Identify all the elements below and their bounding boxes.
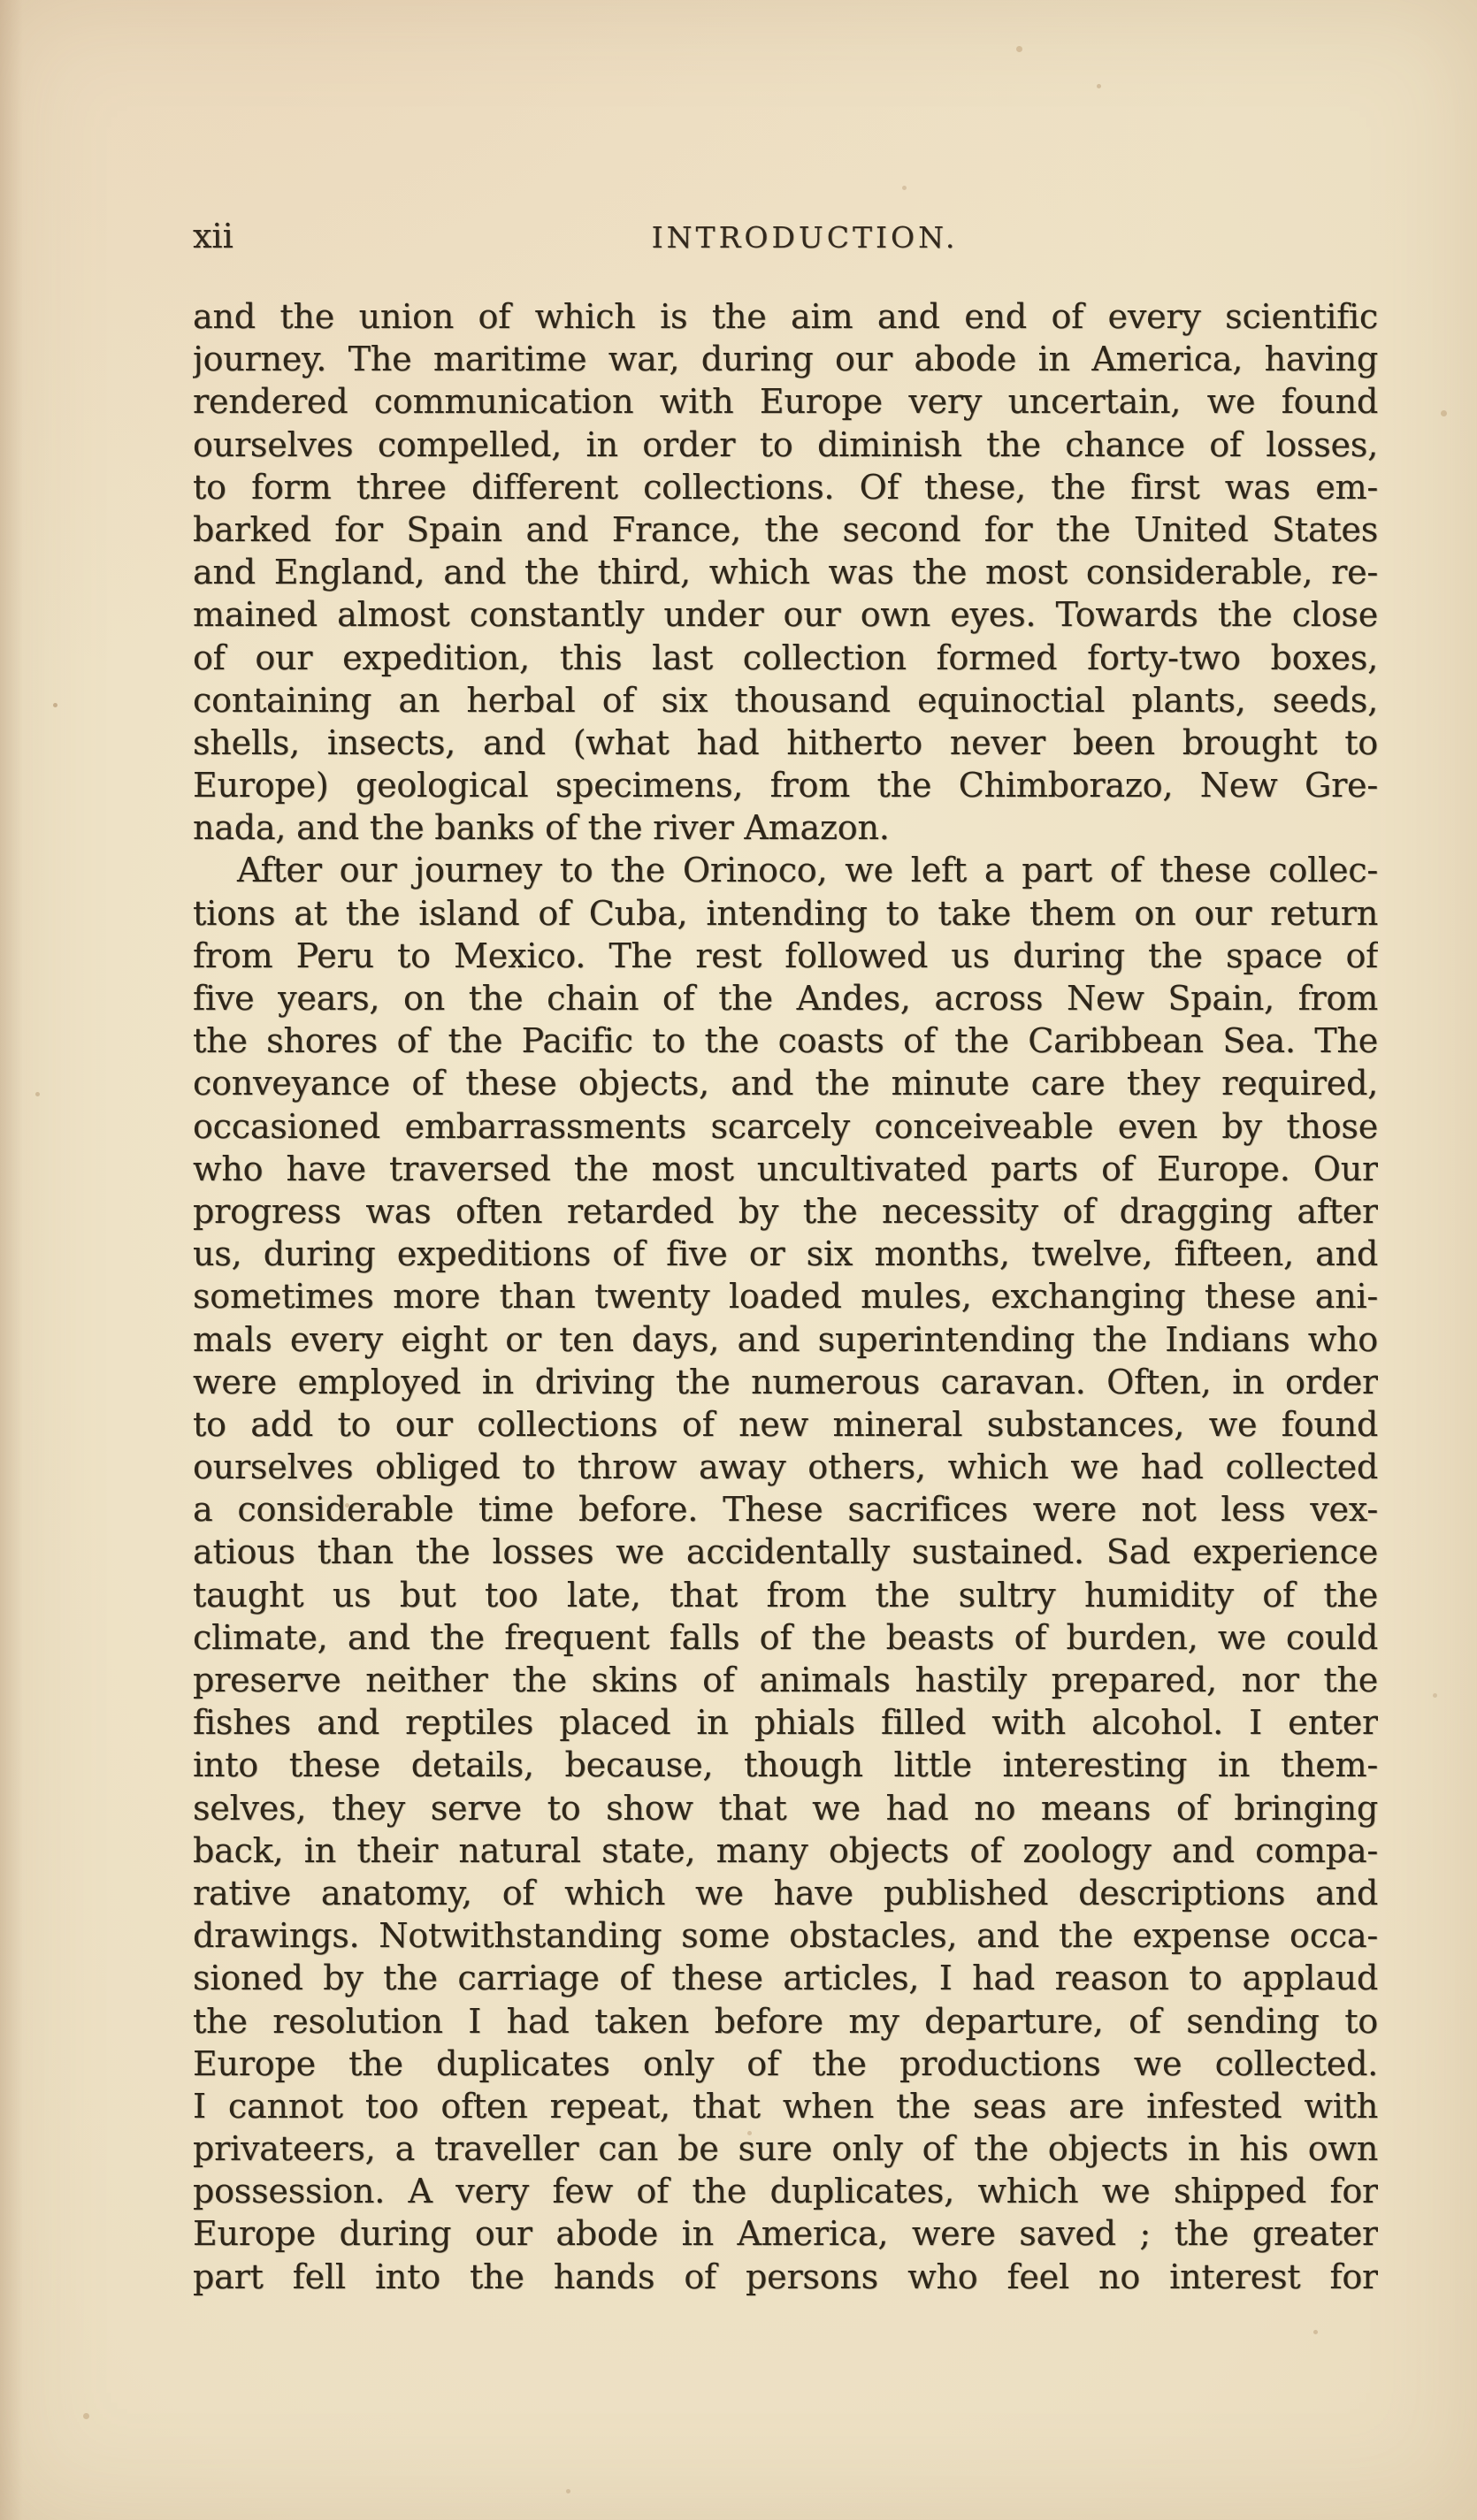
text-line: atious than the losses we accidentally s… bbox=[193, 1531, 1378, 1573]
text-line: ourselves obliged to throw away others, … bbox=[193, 1446, 1378, 1488]
page-header: xii INTRODUCTION. bbox=[193, 215, 1378, 264]
text-line: mained almost constantly under our own e… bbox=[193, 593, 1378, 636]
text-line: and the union of which is the aim and en… bbox=[193, 295, 1378, 338]
text-line: the shores of the Pacific to the coasts … bbox=[193, 1019, 1378, 1062]
text-line: back, in their natural state, many objec… bbox=[193, 1829, 1378, 1872]
text-line: shells, insects, and (what had hitherto … bbox=[193, 722, 1378, 764]
text-line: from Peru to Mexico. The rest followed u… bbox=[193, 935, 1378, 977]
text-line: privateers, a traveller can be sure only… bbox=[193, 2127, 1378, 2170]
book-page: xii INTRODUCTION. and the union of which… bbox=[0, 0, 1477, 2520]
text-line: tions at the island of Cuba, intending t… bbox=[193, 892, 1378, 935]
text-line: and England, and the third, which was th… bbox=[193, 551, 1378, 593]
text-line: sioned by the carriage of these articles… bbox=[193, 1957, 1378, 1999]
body-text: and the union of which is the aim and en… bbox=[193, 295, 1378, 2298]
text-line: us, during expeditions of five or six mo… bbox=[193, 1233, 1378, 1275]
text-line: who have traversed the most uncultivated… bbox=[193, 1148, 1378, 1190]
text-line: five years, on the chain of the Andes, a… bbox=[193, 977, 1378, 1019]
running-title: INTRODUCTION. bbox=[652, 220, 959, 256]
text-line: drawings. Notwithstanding some obstacles… bbox=[193, 1914, 1378, 1957]
text-line: After our journey to the Orinoco, we lef… bbox=[193, 849, 1378, 891]
text-line: rative anatomy, of which we have publish… bbox=[193, 1872, 1378, 1914]
text-line: a considerable time before. These sacrif… bbox=[193, 1488, 1378, 1531]
text-line: possession. A very few of the duplicates… bbox=[193, 2170, 1378, 2212]
text-line: containing an herbal of six thousand equ… bbox=[193, 679, 1378, 722]
text-line: rendered communication with Europe very … bbox=[193, 380, 1378, 423]
text-line: barked for Spain and France, the second … bbox=[193, 508, 1378, 551]
paper-specks bbox=[53, 703, 57, 707]
text-line: ourselves compelled, in order to diminis… bbox=[193, 424, 1378, 466]
text-line: preserve neither the skins of animals ha… bbox=[193, 1659, 1378, 1701]
text-line: taught us but too late, that from the su… bbox=[193, 1574, 1378, 1616]
text-line: Europe) geological specimens, from the C… bbox=[193, 764, 1378, 806]
text-line: conveyance of these objects, and the min… bbox=[193, 1062, 1378, 1104]
text-line: were employed in driving the numerous ca… bbox=[193, 1361, 1378, 1403]
text-line: selves, they serve to show that we had n… bbox=[193, 1787, 1378, 1829]
text-line: occasioned embarrassments scarcely conce… bbox=[193, 1105, 1378, 1148]
text-line: to form three different collections. Of … bbox=[193, 466, 1378, 508]
text-line: the resolution I had taken before my dep… bbox=[193, 2000, 1378, 2043]
text-line: part fell into the hands of persons who … bbox=[193, 2256, 1378, 2298]
text-line: climate, and the frequent falls of the b… bbox=[193, 1616, 1378, 1659]
text-line: progress was often retarded by the neces… bbox=[193, 1190, 1378, 1233]
text-line: sometimes more than twenty loaded mules,… bbox=[193, 1275, 1378, 1317]
text-line: fishes and reptiles placed in phials fil… bbox=[193, 1701, 1378, 1744]
text-line: to add to our collections of new mineral… bbox=[193, 1403, 1378, 1446]
text-line: of our expedition, this last collection … bbox=[193, 637, 1378, 679]
text-line: Europe during our abode in America, were… bbox=[193, 2212, 1378, 2255]
text-line: Europe the duplicates only of the produc… bbox=[193, 2043, 1378, 2085]
page-number: xii bbox=[193, 215, 233, 257]
text-line: journey. The maritime war, during our ab… bbox=[193, 338, 1378, 380]
text-line: nada, and the banks of the river Amazon. bbox=[193, 806, 1378, 849]
text-line: I cannot too often repeat, that when the… bbox=[193, 2085, 1378, 2127]
text-line: into these details, because, though litt… bbox=[193, 1744, 1378, 1786]
text-line: mals every eight or ten days, and superi… bbox=[193, 1318, 1378, 1361]
